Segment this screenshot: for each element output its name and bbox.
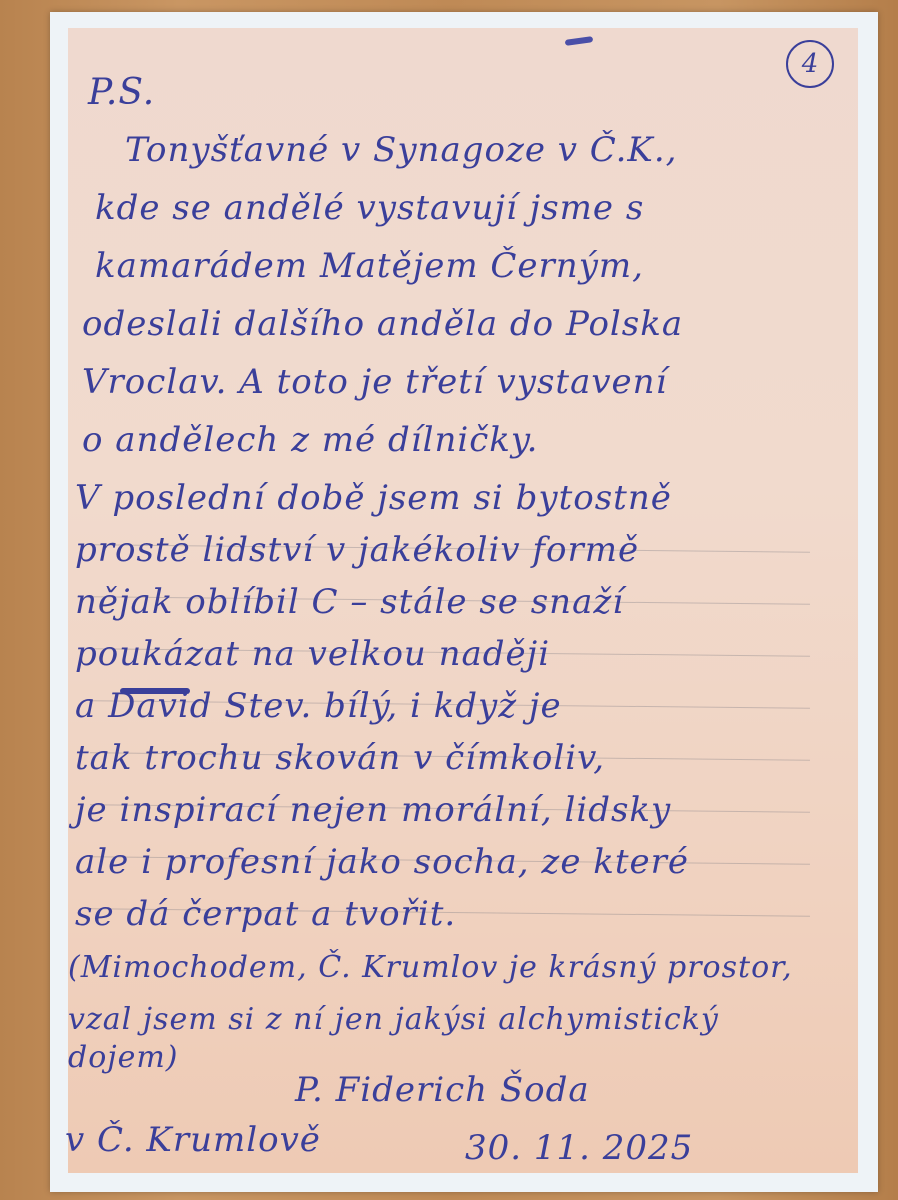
letter-line: prostě lidství v jakékoliv formě [75,530,639,570]
letter-line: nějak oblíbil C – stále se snaží [75,582,624,622]
date: 30. 11. 2025 [465,1128,693,1168]
place: v Č. Krumlově [65,1120,321,1160]
letter-line: (Mimochodem, Č. Krumlov je krásný prosto… [68,950,793,985]
letter-line: ale i profesní jako socha, ze které [75,842,689,882]
letter-line: odeslali dalšího anděla do Polska [82,304,683,344]
letter-line: vzal jsem si z ní jen jakýsi alchymistic… [68,1002,719,1037]
letter-line: a David Stev. bílý, i když je [75,686,562,726]
letter-line: o andělech z mé dílničky. [82,420,538,460]
page-number-circle: 4 [786,40,834,88]
letter-line: Vroclav. A toto je třetí vystavení [82,362,667,402]
letter-line: kamarádem Matějem Černým, [95,246,644,286]
letter-line: V poslední době jsem si bytostně [75,478,672,518]
letter-line: se dá čerpat a tvořit. [75,894,456,934]
ps-header: P.S. [88,72,155,113]
letter-line: poukázat na velkou naději [75,634,550,674]
letter-line: Tonyšťavné v Synagoze v Č.K., [125,130,677,170]
letter-line: dojem) [68,1040,178,1075]
letter-line: kde se andělé vystavují jsme s [95,188,644,228]
signature: P. Fiderich Šoda [295,1070,590,1110]
letter-line: tak trochu skován v čímkoliv, [75,738,605,778]
letter-line: je inspirací nejen morální, lidsky [75,790,671,830]
